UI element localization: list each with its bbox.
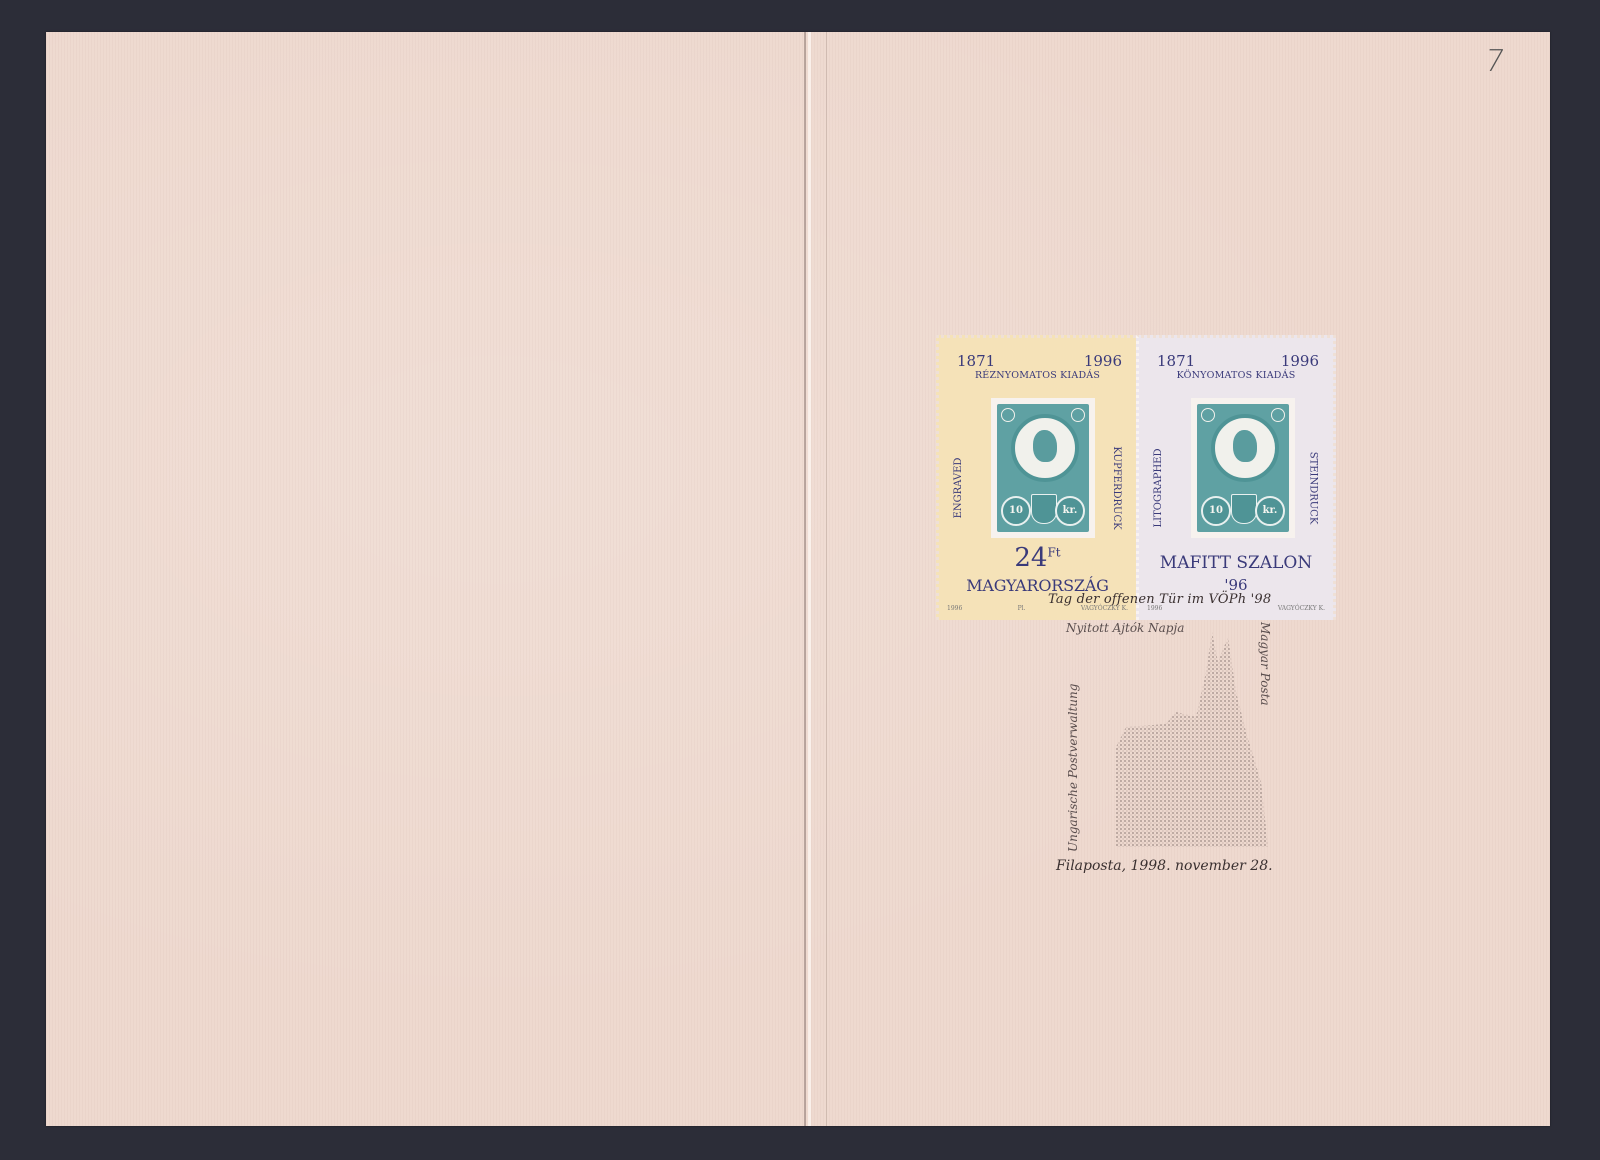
rosette-icon: [1201, 408, 1215, 422]
stamp-years: 1871 1996: [957, 352, 1122, 370]
fold-highlight: [808, 32, 811, 1126]
page-number: 7: [1482, 44, 1507, 79]
face-value-currency: Ft: [1047, 545, 1060, 559]
cathedral-postmark-icon: [1096, 632, 1276, 847]
folded-card: 7 1871 1996 RÉZNYOMATOS KIADÁS ENGRAVED …: [46, 32, 1550, 1126]
stamp-vertical-left: ENGRAVED: [953, 458, 964, 519]
coat-of-arms-icon: [1031, 494, 1057, 524]
inner-stamp-image: 10 kr.: [1191, 398, 1295, 538]
stamp-vertical-right: KUPFERDRUCK: [1111, 446, 1122, 529]
stamp-subtitle: KÖNYOMATOS KIADÁS: [1139, 370, 1333, 381]
value-circle-left: 10: [1201, 496, 1231, 526]
imprint-year: 1996: [947, 605, 962, 612]
stamp-vertical-right: STEINDRUCK: [1308, 452, 1319, 525]
year-end: 1996: [1084, 352, 1122, 370]
cancel-vertical-left: Ungarische Postverwaltung: [1066, 684, 1080, 852]
year-start: 1871: [957, 352, 995, 370]
coat-of-arms-icon: [1231, 494, 1257, 524]
imprint-designer: VAGYÓCZKY K.: [1278, 605, 1325, 612]
stamp-label: MAFITT SZALON: [1139, 553, 1333, 573]
cancel-line-1: Tag der offenen Tür im VÖPh '98: [1048, 592, 1271, 607]
stamp-engraved: 1871 1996 RÉZNYOMATOS KIADÁS ENGRAVED KU…: [936, 335, 1136, 620]
rosette-icon: [1071, 408, 1085, 422]
stamp-years: 1871 1996: [1157, 352, 1319, 370]
imprint-mid: Pl.: [1018, 605, 1026, 612]
rosette-icon: [1001, 408, 1015, 422]
value-circle-left: 10: [1001, 496, 1031, 526]
year-end: 1996: [1281, 352, 1319, 370]
face-value: 24Ft: [939, 543, 1136, 573]
cancel-vertical-right: Magyar Posta: [1258, 622, 1272, 706]
fold-shadow: [826, 32, 827, 1126]
cancel-date: Filaposta, 1998. november 28.: [1056, 858, 1273, 874]
portrait-medallion: [1211, 414, 1279, 482]
inner-frame: 10 kr.: [997, 404, 1089, 532]
inner-frame: 10 kr.: [1197, 404, 1289, 532]
value-circle-right: kr.: [1055, 496, 1085, 526]
rosette-icon: [1271, 408, 1285, 422]
stamp-vertical-left: LITOGRAPHED: [1153, 449, 1164, 528]
inner-stamp-image: 10 kr.: [991, 398, 1095, 538]
stamp-subtitle: RÉZNYOMATOS KIADÁS: [939, 370, 1136, 381]
portrait-medallion: [1011, 414, 1079, 482]
face-value-number: 24: [1014, 543, 1047, 573]
card-fold: [794, 32, 844, 1126]
year-start: 1871: [1157, 352, 1195, 370]
value-circle-right: kr.: [1255, 496, 1285, 526]
portrait-head-icon: [1233, 430, 1257, 462]
fold-crease: [804, 32, 806, 1126]
stamp-lithographed: 1871 1996 KÖNYOMATOS KIADÁS LITOGRAPHED …: [1136, 335, 1336, 620]
portrait-head-icon: [1033, 430, 1057, 462]
